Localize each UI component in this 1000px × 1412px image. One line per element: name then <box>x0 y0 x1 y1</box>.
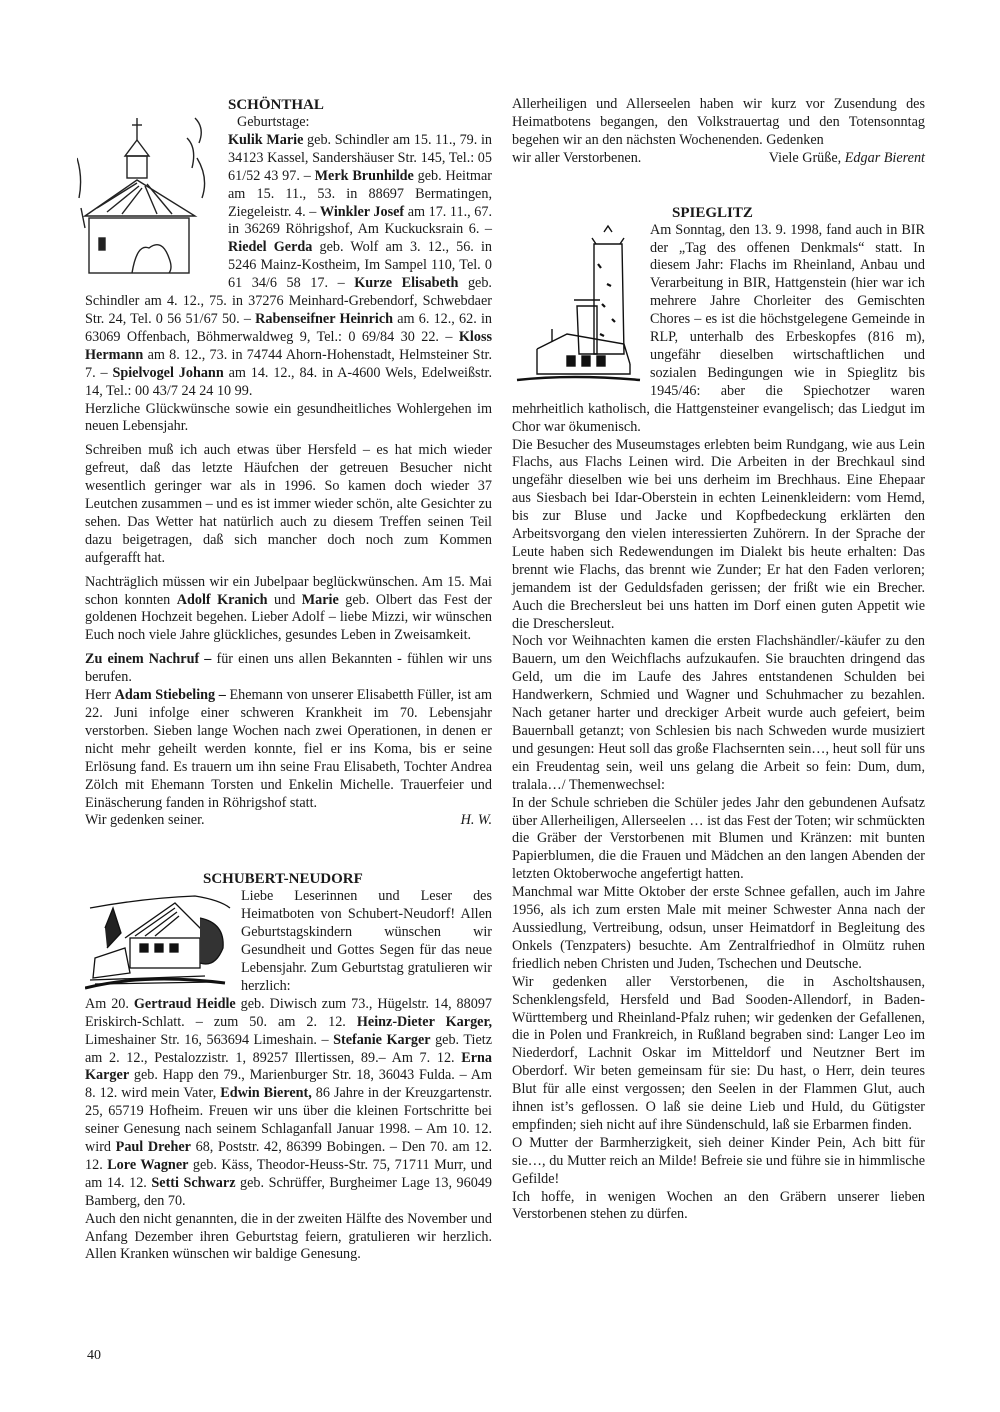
section-heading-schubert-neudorf: SCHUBERT-NEUDORF <box>203 870 492 888</box>
spieglitz-paragraph-8: Ich hoffe, in wenigen Wochen an den Gräb… <box>512 1189 925 1225</box>
jubilee-paragraph: Nachträglich müssen wir ein Jubelpaar be… <box>85 574 492 646</box>
greeting-signature: Edgar Bierent <box>845 150 925 166</box>
spieglitz-paragraph-4: In der Schule schrieben die Schüler jede… <box>512 795 925 885</box>
right-column: Allerheiligen und Allerseelen haben wir … <box>512 96 925 1224</box>
spieglitz-paragraph-2: Die Besucher des Museumstages erlebten b… <box>512 437 925 634</box>
chapel-drawing <box>77 98 222 288</box>
farmhouse-icon <box>85 888 235 993</box>
left-column: SCHÖNTHAL Geburtstage: Kulik Marie geb. … <box>85 96 492 1264</box>
obituary-text: Herr Adam Stiebeling – Ehemann von unser… <box>85 687 492 812</box>
schubert-closing: Auch den nicht genannten, die in der zwe… <box>85 1211 492 1265</box>
spieglitz-paragraph-3: Noch vor Weihnachten kamen die ersten Fl… <box>512 633 925 794</box>
tower-icon <box>512 224 644 384</box>
farmhouse-drawing <box>85 888 235 993</box>
spieglitz-paragraph-6: Wir gedenken aller Verstorbenen, die in … <box>512 974 925 1135</box>
subheading-birthdays: Geburtstage: <box>237 114 492 132</box>
page-number: 40 <box>87 1348 101 1364</box>
spieglitz-paragraph-7: O Mutter der Barmherzigkeit, sieh deiner… <box>512 1135 925 1189</box>
hersfeld-paragraph: Schreiben muß ich auch etwas über Hersfe… <box>85 442 492 567</box>
spieglitz-paragraph-5: Manchmal war Mitte Oktober der erste Sch… <box>512 884 925 974</box>
opening-paragraph: Allerheiligen und Allerseelen haben wir … <box>512 96 925 150</box>
chapel-icon <box>77 98 222 288</box>
signature: H. W. <box>461 812 492 830</box>
wishes-paragraph: Herzliche Glückwünsche sowie ein gesundh… <box>85 401 492 437</box>
birthday-list-schubert: Am 20. Gertraud Heidle geb. Diwisch zum … <box>85 996 492 1211</box>
greeting-line: wir aller Verstorbenen. Viele Grüße, Edg… <box>512 150 925 168</box>
obituary-intro: Zu einem Nachruf – für einen uns allen B… <box>85 651 492 687</box>
tower-drawing <box>512 224 644 384</box>
section-heading-spieglitz: SPIEGLITZ <box>672 204 925 222</box>
obituary-closing: Wir gedenken seiner. H. W. <box>85 812 492 830</box>
